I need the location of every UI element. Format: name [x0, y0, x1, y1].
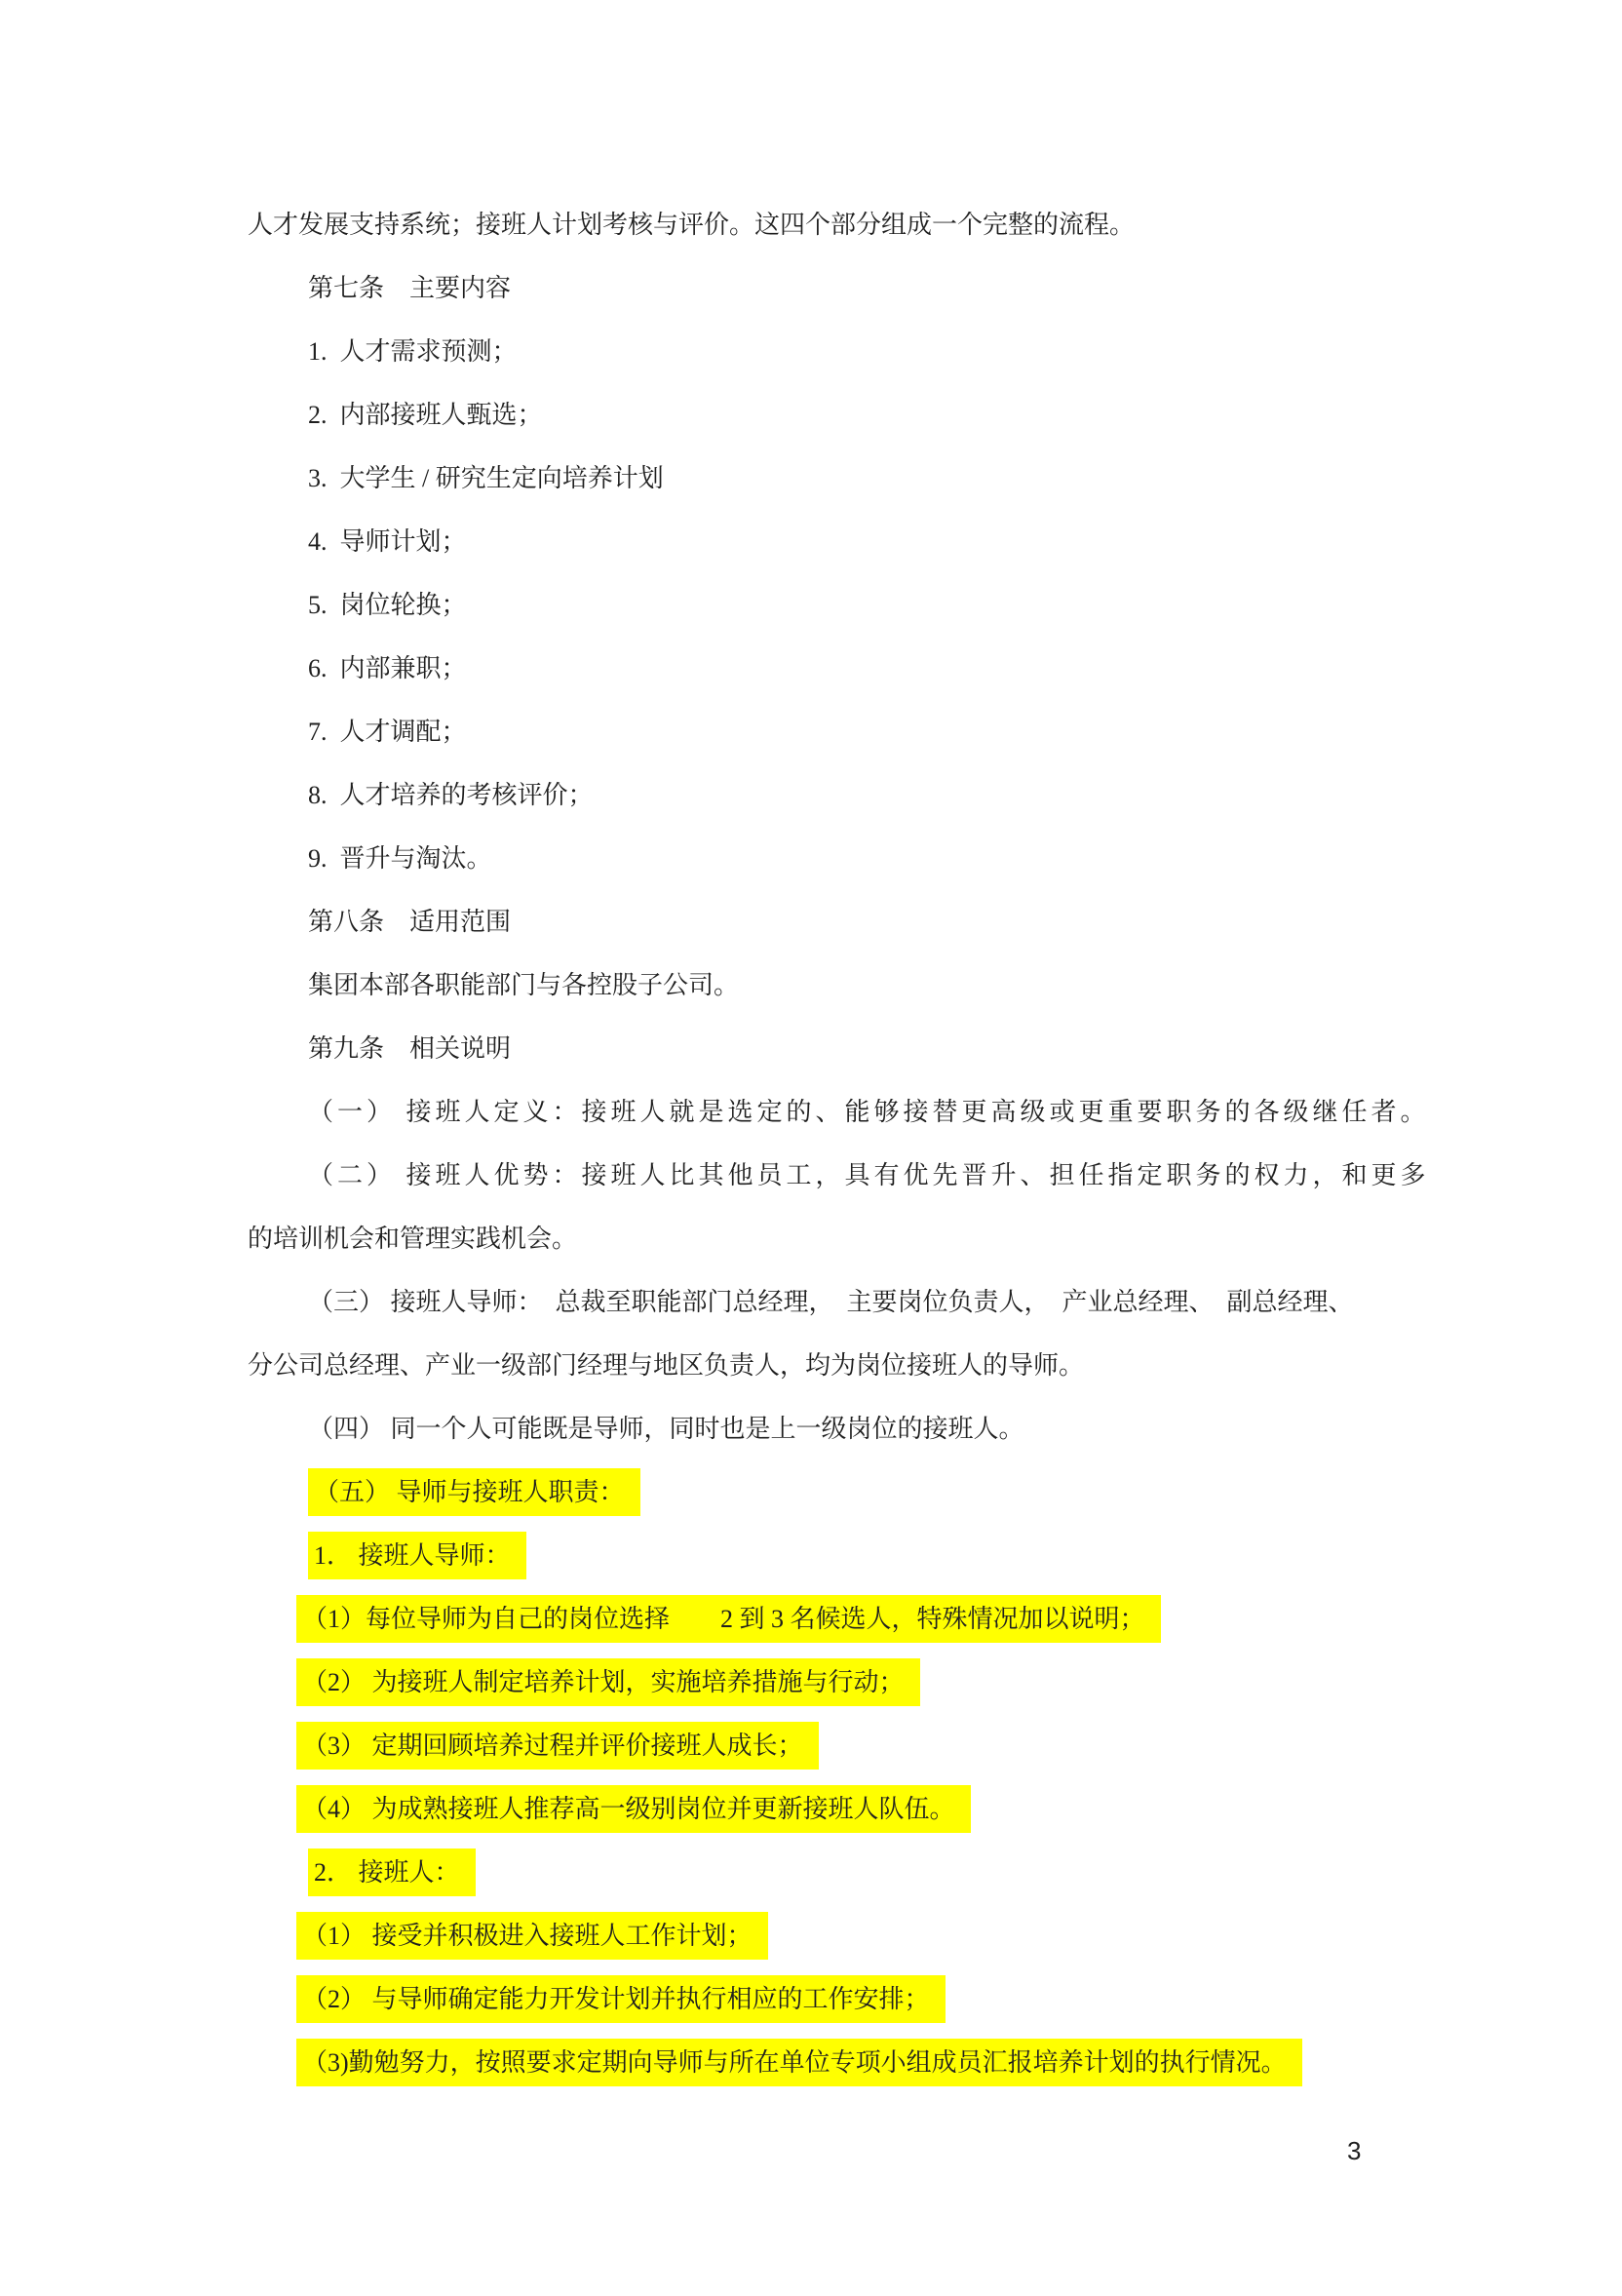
line-text: 3. 大学生 / 研究生定向培养计划 [308, 464, 664, 492]
line-text: 分公司总经理、产业一级部门经理与地区负责人，均为岗位接班人的导师。 [248, 1351, 1084, 1380]
highlighted-line: （1） 接受并积极进入接班人工作计划； [248, 1904, 1456, 1967]
highlight-span: 1． 接班人导师： [308, 1532, 526, 1579]
highlighted-line: （2） 与导师确定能力开发计划并执行相应的工作安排； [248, 1967, 1456, 2031]
line-text: 1. 人才需求预测； [308, 337, 518, 366]
paragraph-line: 人才发展支持系统；接班人计划考核与评价。这四个部分组成一个完整的流程。 [248, 193, 1456, 256]
paragraph-line: （三） 接班人导师： 总裁至职能部门总经理， 主要岗位负责人， 产业总经理、 副… [248, 1270, 1456, 1334]
line-text: （四） 同一个人可能既是导师，同时也是上一级岗位的接班人。 [308, 1415, 1024, 1443]
highlight-span: （3)勤勉努力，按照要求定期向导师与所在单位专项小组成员汇报培养计划的执行情况。 [296, 2039, 1302, 2086]
line-text: 6. 内部兼职； [308, 654, 467, 682]
highlight-span: （2） 为接班人制定培养计划，实施培养措施与行动； [296, 1658, 920, 1706]
highlight-span: （1）每位导师为自己的岗位选择 2 到 3 名候选人，特殊情况加以说明； [296, 1595, 1161, 1643]
paragraph-line: 5. 岗位轮换； [248, 573, 1456, 637]
paragraph-line: 1. 人才需求预测； [248, 320, 1456, 383]
line-text: 2. 内部接班人甄选； [308, 401, 543, 429]
page-number: 3 [1347, 2131, 1361, 2170]
line-text: 人才发展支持系统；接班人计划考核与评价。这四个部分组成一个完整的流程。 [248, 211, 1135, 239]
line-text: 第九条 相关说明 [308, 1034, 511, 1063]
line-text: 7. 人才调配； [308, 718, 467, 746]
paragraph-line: 集团本部各职能部门与各控股子公司。 [248, 953, 1456, 1017]
highlighted-line: 1． 接班人导师： [248, 1524, 1456, 1587]
line-text: 4. 导师计划； [308, 527, 467, 556]
line-text: 的培训机会和管理实践机会。 [248, 1225, 577, 1253]
document-page: 人才发展支持系统；接班人计划考核与评价。这四个部分组成一个完整的流程。第七条 主… [0, 0, 1622, 2296]
paragraph-line: 的培训机会和管理实践机会。 [248, 1207, 1456, 1270]
line-text: 5. 岗位轮换； [308, 591, 467, 619]
highlighted-line: （4） 为成熟接班人推荐高一级别岗位并更新接班人队伍。 [248, 1777, 1456, 1841]
paragraph-line: 6. 内部兼职； [248, 637, 1456, 700]
highlight-span: （4） 为成熟接班人推荐高一级别岗位并更新接班人队伍。 [296, 1785, 971, 1833]
document-body: 人才发展支持系统；接班人计划考核与评价。这四个部分组成一个完整的流程。第七条 主… [248, 193, 1456, 2094]
highlight-span: （2） 与导师确定能力开发计划并执行相应的工作安排； [296, 1975, 946, 2023]
line-text: 第八条 适用范围 [308, 908, 511, 936]
highlighted-line: （3） 定期回顾培养过程并评价接班人成长； [248, 1714, 1456, 1777]
line-text: 9. 晋升与淘汰。 [308, 844, 492, 873]
highlighted-line: （3)勤勉努力，按照要求定期向导师与所在单位专项小组成员汇报培养计划的执行情况。 [248, 2031, 1456, 2094]
paragraph-line: 第九条 相关说明 [248, 1017, 1456, 1080]
highlighted-line: 2． 接班人： [248, 1841, 1456, 1904]
highlighted-line: （1）每位导师为自己的岗位选择 2 到 3 名候选人，特殊情况加以说明； [248, 1587, 1456, 1651]
line-text: （一） 接班人定义：接班人就是选定的、能够接替更高级或更重要职务的各级继任者。 [308, 1098, 1430, 1126]
highlight-span: （五） 导师与接班人职责： [308, 1468, 640, 1516]
paragraph-line: 第七条 主要内容 [248, 256, 1456, 320]
highlighted-line: （五） 导师与接班人职责： [248, 1460, 1456, 1524]
paragraph-line: 9. 晋升与淘汰。 [248, 827, 1456, 890]
paragraph-line: （一） 接班人定义：接班人就是选定的、能够接替更高级或更重要职务的各级继任者。 [248, 1080, 1456, 1144]
paragraph-line: （二） 接班人优势：接班人比其他员工，具有优先晋升、担任指定职务的权力，和更多 [248, 1144, 1456, 1207]
paragraph-line: 7. 人才调配； [248, 700, 1456, 763]
line-text: （二） 接班人优势：接班人比其他员工，具有优先晋升、担任指定职务的权力，和更多 [308, 1161, 1430, 1189]
line-text: （三） 接班人导师： 总裁至职能部门总经理， 主要岗位负责人， 产业总经理、 副… [308, 1288, 1354, 1316]
line-text: 8. 人才培养的考核评价； [308, 781, 594, 809]
paragraph-line: 2. 内部接班人甄选； [248, 383, 1456, 447]
line-text: 第七条 主要内容 [308, 274, 511, 302]
highlight-span: 2． 接班人： [308, 1848, 476, 1896]
paragraph-line: （四） 同一个人可能既是导师，同时也是上一级岗位的接班人。 [248, 1397, 1456, 1460]
paragraph-line: 第八条 适用范围 [248, 890, 1456, 953]
highlight-span: （1） 接受并积极进入接班人工作计划； [296, 1912, 768, 1960]
highlighted-line: （2） 为接班人制定培养计划，实施培养措施与行动； [248, 1651, 1456, 1714]
line-text: 集团本部各职能部门与各控股子公司。 [308, 971, 739, 999]
highlight-span: （3） 定期回顾培养过程并评价接班人成长； [296, 1722, 819, 1770]
paragraph-line: 分公司总经理、产业一级部门经理与地区负责人，均为岗位接班人的导师。 [248, 1334, 1456, 1397]
paragraph-line: 3. 大学生 / 研究生定向培养计划 [248, 447, 1456, 510]
paragraph-line: 8. 人才培养的考核评价； [248, 763, 1456, 827]
paragraph-line: 4. 导师计划； [248, 510, 1456, 573]
